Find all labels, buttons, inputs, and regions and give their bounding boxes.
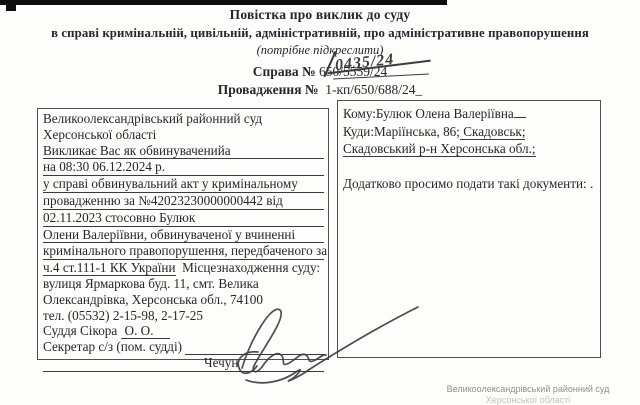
document-header: Повістка про виклик до суду в справі кри… xyxy=(0,7,640,98)
secretary-name: Чечун xyxy=(204,355,238,370)
document-subtitle: в справі кримінальній, цивільній, адміні… xyxy=(0,26,640,41)
document-title: Повістка про виклик до суду xyxy=(0,7,640,23)
to-label: Кому: xyxy=(343,106,376,121)
recipient-district-region: Скадовський р-н Херсонська обл.; xyxy=(343,141,536,157)
court-address-line2: Олександрівка, Херсонська обл., 74100 xyxy=(43,292,324,308)
recipient-name: Булюк Олена Валеріївна xyxy=(376,106,514,121)
to-line-tail-underscore xyxy=(514,105,526,118)
documents-request-line: Додатково просимо подати такі документи:… xyxy=(343,175,595,193)
recipient-to-line: Кому:Булюк Олена Валеріївна xyxy=(343,105,595,123)
case-description-line2: провадженню за №42023230000000442 від xyxy=(43,193,324,210)
footer-region: Херсонської області xyxy=(420,395,636,405)
court-phone-line: тел. (05532) 2-15-98, 2-17-25 xyxy=(43,308,324,324)
criminal-article-ref: ч.4 ст.111-1 КК України xyxy=(43,260,176,276)
case-description-line4: Олени Валеріївни, обвинуваченої у вчинен… xyxy=(43,227,324,244)
case-description-line6: ч.4 ст.111-1 КК України Місцезнаходження… xyxy=(43,260,324,276)
case-number-label: Справа № xyxy=(253,64,316,79)
court-summons-document: Повістка про виклик до суду в справі кри… xyxy=(0,0,640,405)
underline-instruction-note: (потрібне підкреслити) xyxy=(0,43,640,58)
case-number-value: 650/5559/24 xyxy=(319,64,387,79)
spacer-row xyxy=(343,158,595,176)
hearing-datetime-line: на 08:30 06.12.2024 р. xyxy=(43,159,324,176)
court-info-box: Великоолександрівський районний суд Херс… xyxy=(37,108,329,360)
court-name-line1: Великоолександрівський районний суд xyxy=(43,111,324,127)
case-description-line5: кримінального правопорушення, передбачен… xyxy=(43,243,324,260)
summon-as-line: Викликає Вас як обвинуваченийа xyxy=(43,143,324,160)
secretary-blank-line xyxy=(185,339,324,355)
recipient-info-box: Кому:Булюк Олена Валеріївна Куди:Маріїнс… xyxy=(337,100,601,358)
secretary-signature-line: Чечун xyxy=(43,355,324,372)
recipient-street: Маріїнська, 86; xyxy=(374,124,460,139)
proceeding-number-line: Провадження № 1-кп/650/688/24_ xyxy=(0,82,640,98)
secretary-label: Секретар с/з (пом. судді) xyxy=(43,339,182,355)
stamp-footer: Великоолександрівський районний суд Херс… xyxy=(420,384,636,405)
court-address-line1: вулиця Ярмаркова буд. 11, смт. Велика xyxy=(43,276,324,292)
footer-court-name: Великоолександрівський районний суд xyxy=(420,384,636,395)
court-name-line2: Херсонської області xyxy=(43,127,324,143)
secretary-line: Секретар с/з (пом. судді) xyxy=(43,339,324,355)
recipient-city: Скадовськ; xyxy=(460,124,526,140)
court-location-label: Місцезнаходження суду: xyxy=(182,260,320,275)
proceeding-number-label: Провадження № xyxy=(218,82,319,97)
case-description-line3: 02.11.2023 стосовно Булюк xyxy=(43,210,324,227)
where-label: Куди: xyxy=(343,124,374,139)
recipient-region-line: Скадовський р-н Херсонська обл.; xyxy=(343,140,595,158)
proceeding-number-value: 1-кп/650/688/24_ xyxy=(325,82,422,97)
case-description-line1: у справі обвинувальний акт у кримінально… xyxy=(43,176,324,193)
scan-artifact-top-bar xyxy=(0,0,447,5)
judge-name-label: Суддя Сікора xyxy=(43,323,117,338)
judge-line: Суддя Сікора О. О. xyxy=(43,323,324,339)
recipient-where-line: Куди:Маріїнська, 86; Скадовськ; xyxy=(343,123,595,141)
judge-initials: О. О. xyxy=(121,323,170,339)
case-number-line: Справа № 650/5559/24 xyxy=(0,64,640,80)
